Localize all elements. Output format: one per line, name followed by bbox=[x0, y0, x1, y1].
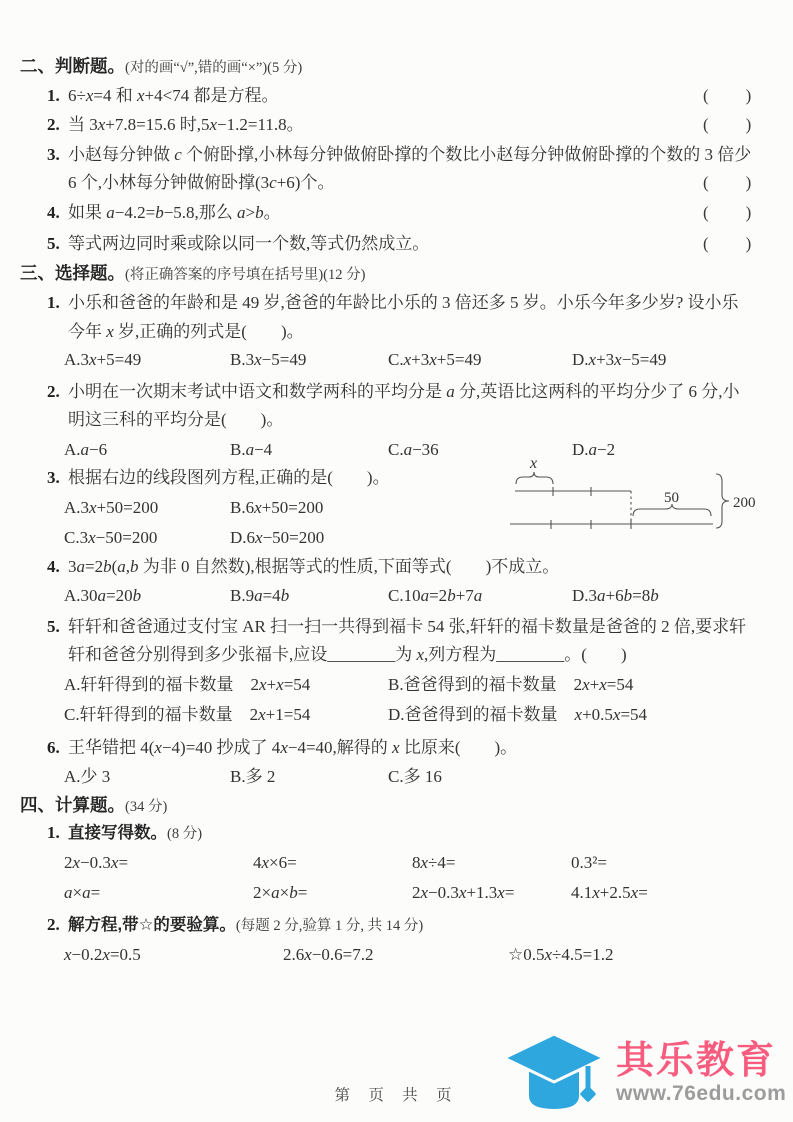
option-a: A.30a=20b bbox=[64, 584, 141, 608]
section-title: 二、判断题。 bbox=[20, 56, 125, 76]
section-note: (将正确答案的序号填在括号里)(12 分) bbox=[125, 267, 365, 283]
answer-bracket: ( ) bbox=[703, 232, 752, 256]
item-number: 1. bbox=[47, 821, 60, 845]
graduation-cap-icon bbox=[502, 1032, 606, 1116]
equation: x−0.2x=0.5 bbox=[64, 943, 141, 967]
option-a: A.轩轩得到的福卡数量 2x+x=54 bbox=[64, 673, 310, 697]
item-number: 2. bbox=[47, 380, 60, 404]
calc-row-2: a×a= 2×a×b= 2x−0.3x+1.3x= 4.1x+2.5x= bbox=[0, 881, 793, 905]
equation-row: x−0.2x=0.5 2.6x−0.6=7.2 ☆0.5x÷4.5=1.2 bbox=[0, 943, 793, 967]
option-b: B.9a=4b bbox=[230, 584, 289, 608]
choice-q4-line1: 4. 3a=2b(a,b 为非 0 自然数),根据等式的性质,下面等式( )不成… bbox=[0, 555, 793, 579]
choice-q6-options: A.少 3 B.多 2 C.多 16 bbox=[0, 765, 793, 789]
judge-item-3-line2: 6 个,小林每分钟做俯卧撑(3c+6)个。 ( ) bbox=[0, 171, 793, 195]
option-b: B.3x−5=49 bbox=[230, 348, 306, 372]
answer-bracket: ( ) bbox=[703, 171, 752, 195]
calc-q2-label: 解方程,带☆的要验算。 bbox=[68, 916, 236, 934]
item-text: 当 3x+7.8=15.6 时,5x−1.2=11.8。 bbox=[68, 113, 304, 137]
equation: 2.6x−0.6=7.2 bbox=[283, 943, 373, 967]
equation: ☆0.5x÷4.5=1.2 bbox=[508, 943, 613, 967]
item-number: 1. bbox=[47, 291, 60, 315]
choice-q1-line1: 1. 小乐和爸爸的年龄和是 49 岁,爸爸的年龄比小乐的 3 倍还多 5 岁。小… bbox=[0, 291, 793, 315]
section-title: 三、选择题。 bbox=[20, 263, 125, 283]
calc-q2-heading: 2. 解方程,带☆的要验算。(每题 2 分,验算 1 分, 共 14 分) bbox=[0, 913, 793, 937]
calc-q1-label: 直接写得数。 bbox=[68, 824, 167, 842]
option-c: C.10a=2b+7a bbox=[388, 584, 482, 608]
question-text: 明这三科的平均分是( )。 bbox=[68, 408, 283, 432]
option-c: C.x+3x+5=49 bbox=[388, 348, 481, 372]
calc-expression: 2×a×b= bbox=[253, 881, 307, 905]
calc-expression: 2x−0.3x= bbox=[64, 851, 128, 875]
calc-expression: 4x×6= bbox=[253, 851, 297, 875]
choice-q5-options-ab: A.轩轩得到的福卡数量 2x+x=54 B.爸爸得到的福卡数量 2x+x=54 bbox=[0, 673, 793, 697]
choice-q5-line1: 5. 轩轩和爸爸通过支付宝 AR 扫一扫一共得到福卡 54 张,轩轩的福卡数量是… bbox=[0, 615, 793, 639]
question-text: 3a=2b(a,b 为非 0 自然数),根据等式的性质,下面等式( )不成立。 bbox=[68, 555, 559, 579]
calc-expression: 0.3²= bbox=[571, 851, 607, 875]
choice-q1-line2: 今年 x 岁,正确的列式是( )。 bbox=[0, 320, 793, 344]
choice-q4-options: A.30a=20b B.9a=4b C.10a=2b+7a D.3a+6b=8b bbox=[0, 584, 793, 608]
question-text: 轩轩和爸爸通过支付宝 AR 扫一扫一共得到福卡 54 张,轩轩的福卡数量是爸爸的… bbox=[68, 615, 746, 639]
judge-item-4: 4. 如果 a−4.2=b−5.8,那么 a>b。 ( ) bbox=[0, 201, 793, 225]
option-b: B.爸爸得到的福卡数量 2x+x=54 bbox=[388, 673, 633, 697]
item-text: 小赵每分钟做 c 个俯卧撑,小林每分钟做俯卧撑的个数比小赵每分钟做俯卧撑的个数的… bbox=[68, 143, 751, 167]
option-a: A.a−6 bbox=[64, 438, 107, 462]
section-note: (34 分) bbox=[125, 799, 167, 815]
option-c: C.轩轩得到的福卡数量 2x+1=54 bbox=[64, 703, 310, 727]
option-c: C.3x−50=200 bbox=[64, 526, 157, 550]
choice-q6-line1: 6. 王华错把 4(x−4)=40 抄成了 4x−4=40,解得的 x 比原来(… bbox=[0, 736, 793, 760]
calc-row-1: 2x−0.3x= 4x×6= 8x÷4= 0.3²= bbox=[0, 851, 793, 875]
calc-q2-note: (每题 2 分,验算 1 分, 共 14 分) bbox=[236, 918, 423, 934]
item-number: 1. bbox=[47, 84, 60, 108]
total-brace bbox=[716, 474, 729, 528]
option-d: D.爸爸得到的福卡数量 x+0.5x=54 bbox=[388, 703, 647, 727]
item-number: 3. bbox=[47, 143, 60, 167]
choice-q5-options-cd: C.轩轩得到的福卡数量 2x+1=54 D.爸爸得到的福卡数量 x+0.5x=5… bbox=[0, 703, 793, 727]
option-a: A.3x+5=49 bbox=[64, 348, 141, 372]
question-text: 轩和爸爸分别得到多少张福卡,应设________为 x,列方程为________… bbox=[68, 643, 627, 667]
calc-expression: 8x÷4= bbox=[412, 851, 455, 875]
item-number: 2. bbox=[47, 913, 60, 937]
option-c: C.a−36 bbox=[388, 438, 439, 462]
brand-url: www.76edu.com bbox=[616, 1082, 786, 1106]
item-number: 4. bbox=[47, 555, 60, 579]
section-choice-heading: 三、选择题。(将正确答案的序号填在括号里)(12 分) bbox=[0, 261, 793, 285]
judge-item-3-line1: 3. 小赵每分钟做 c 个俯卧撑,小林每分钟做俯卧撑的个数比小赵每分钟做俯卧撑的… bbox=[0, 143, 793, 167]
calc-q1-note: (8 分) bbox=[167, 826, 202, 842]
option-d: D.x+3x−5=49 bbox=[572, 348, 666, 372]
option-a: A.少 3 bbox=[64, 765, 110, 789]
question-text: 小明在一次期末考试中语文和数学两科的平均分是 a 分,英语比这两科的平均分少了 … bbox=[68, 380, 740, 404]
judge-item-1: 1. 6÷x=4 和 x+4<74 都是方程。 ( ) bbox=[0, 84, 793, 108]
calc-expression: 2x−0.3x+1.3x= bbox=[412, 881, 514, 905]
option-b: B.a−4 bbox=[230, 438, 272, 462]
diagram-x-label: x bbox=[529, 456, 537, 472]
item-text: 6÷x=4 和 x+4<74 都是方程。 bbox=[68, 84, 278, 108]
section-calc-heading: 四、计算题。(34 分) bbox=[0, 793, 793, 817]
judge-item-5: 5. 等式两边同时乘或除以同一个数,等式仍然成立。 ( ) bbox=[0, 232, 793, 256]
section-title: 四、计算题。 bbox=[20, 795, 125, 815]
choice-q5-line2: 轩和爸爸分别得到多少张福卡,应设________为 x,列方程为________… bbox=[0, 643, 793, 667]
section-note: (对的画“√”,错的画“×”)(5 分) bbox=[125, 60, 302, 76]
item-text: 等式两边同时乘或除以同一个数,等式仍然成立。 bbox=[68, 232, 429, 256]
x-brace bbox=[516, 472, 553, 484]
answer-bracket: ( ) bbox=[703, 201, 752, 225]
item-text: 如果 a−4.2=b−5.8,那么 a>b。 bbox=[68, 201, 281, 225]
option-c: C.多 16 bbox=[388, 765, 442, 789]
option-a: A.3x+50=200 bbox=[64, 496, 158, 520]
item-number: 5. bbox=[47, 615, 60, 639]
item-number: 3. bbox=[47, 466, 60, 490]
diagram-total-label: 200 bbox=[733, 495, 756, 511]
option-b: B.6x+50=200 bbox=[230, 496, 323, 520]
item-number: 6. bbox=[47, 736, 60, 760]
calc-q1-heading: 1. 直接写得数。(8 分) bbox=[0, 821, 793, 845]
question-text: 今年 x 岁,正确的列式是( )。 bbox=[68, 320, 304, 344]
brand-logo: 其乐教育 www.76edu.com bbox=[502, 1032, 786, 1116]
choice-q2-line2: 明这三科的平均分是( )。 bbox=[0, 408, 793, 432]
calc-expression: a×a= bbox=[64, 881, 100, 905]
choice-q2-line1: 2. 小明在一次期末考试中语文和数学两科的平均分是 a 分,英语比这两科的平均分… bbox=[0, 380, 793, 404]
calc-expression: 4.1x+2.5x= bbox=[571, 881, 648, 905]
answer-bracket: ( ) bbox=[703, 84, 752, 108]
exam-page: 二、判断题。(对的画“√”,错的画“×”)(5 分) 1. 6÷x=4 和 x+… bbox=[0, 0, 793, 1122]
option-d: D.3a+6b=8b bbox=[572, 584, 659, 608]
question-text: 根据右边的线段图列方程,正确的是( )。 bbox=[68, 466, 390, 490]
diagram-part-label: 50 bbox=[664, 490, 679, 506]
answer-bracket: ( ) bbox=[703, 113, 752, 137]
question-text: 王华错把 4(x−4)=40 抄成了 4x−4=40,解得的 x 比原来( )。 bbox=[68, 736, 517, 760]
brand-name: 其乐教育 bbox=[616, 1042, 786, 1082]
section-judge-heading: 二、判断题。(对的画“√”,错的画“×”)(5 分) bbox=[0, 54, 793, 78]
item-number: 5. bbox=[47, 232, 60, 256]
item-number: 2. bbox=[47, 113, 60, 137]
choice-q1-options: A.3x+5=49 B.3x−5=49 C.x+3x+5=49 D.x+3x−5… bbox=[0, 348, 793, 372]
item-number: 4. bbox=[47, 201, 60, 225]
option-d: D.6x−50=200 bbox=[230, 526, 324, 550]
line-segment-diagram: x 50 200 bbox=[501, 456, 793, 548]
judge-item-2: 2. 当 3x+7.8=15.6 时,5x−1.2=11.8。 ( ) bbox=[0, 113, 793, 137]
option-b: B.多 2 bbox=[230, 765, 275, 789]
item-text: 6 个,小林每分钟做俯卧撑(3c+6)个。 bbox=[68, 171, 334, 195]
question-text: 小乐和爸爸的年龄和是 49 岁,爸爸的年龄比小乐的 3 倍还多 5 岁。小乐今年… bbox=[68, 291, 739, 315]
